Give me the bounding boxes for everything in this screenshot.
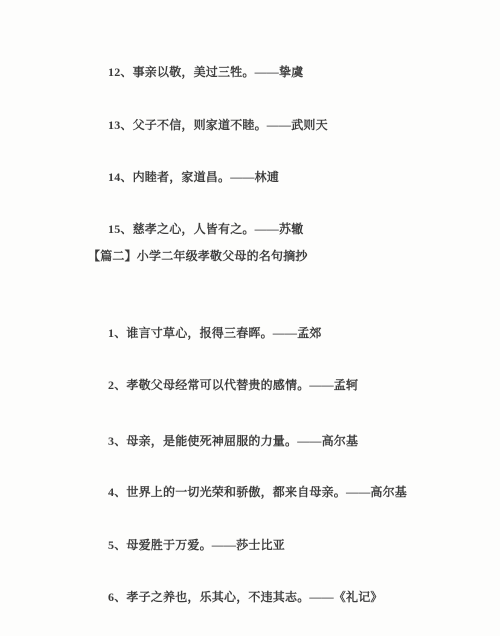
quote-line-5: 5、母爱胜于万爱。——莎士比亚 [108, 539, 285, 552]
quote-line-15: 15、慈孝之心，人皆有之。——苏辙 [108, 223, 303, 236]
quote-line-2: 2、孝敬父母经常可以代替贵的感情。——孟轲 [108, 379, 358, 392]
quote-line-3: 3、母亲，是能使死神屈服的力量。——高尔基 [108, 435, 358, 448]
section2-heading: 【篇二】小学二年级孝敬父母的名句摘抄 [88, 250, 308, 263]
quote-line-6: 6、孝子之养也，乐其心，不违其志。——《礼记》 [108, 591, 383, 604]
quote-line-14: 14、内睦者，家道昌。——林逋 [108, 171, 279, 184]
quote-line-4: 4、世界上的一切光荣和骄傲，都来自母亲。——高尔基 [108, 486, 407, 499]
quote-line-13: 13、父子不信，则家道不睦。——武则天 [108, 119, 328, 132]
document-page: 12、事亲以敬，美过三牲。——挚虞 13、父子不信，则家道不睦。——武则天 14… [0, 0, 500, 636]
quote-line-1: 1、谁言寸草心，报得三春晖。——孟郊 [108, 327, 322, 340]
quote-line-12: 12、事亲以敬，美过三牲。——挚虞 [108, 66, 303, 79]
